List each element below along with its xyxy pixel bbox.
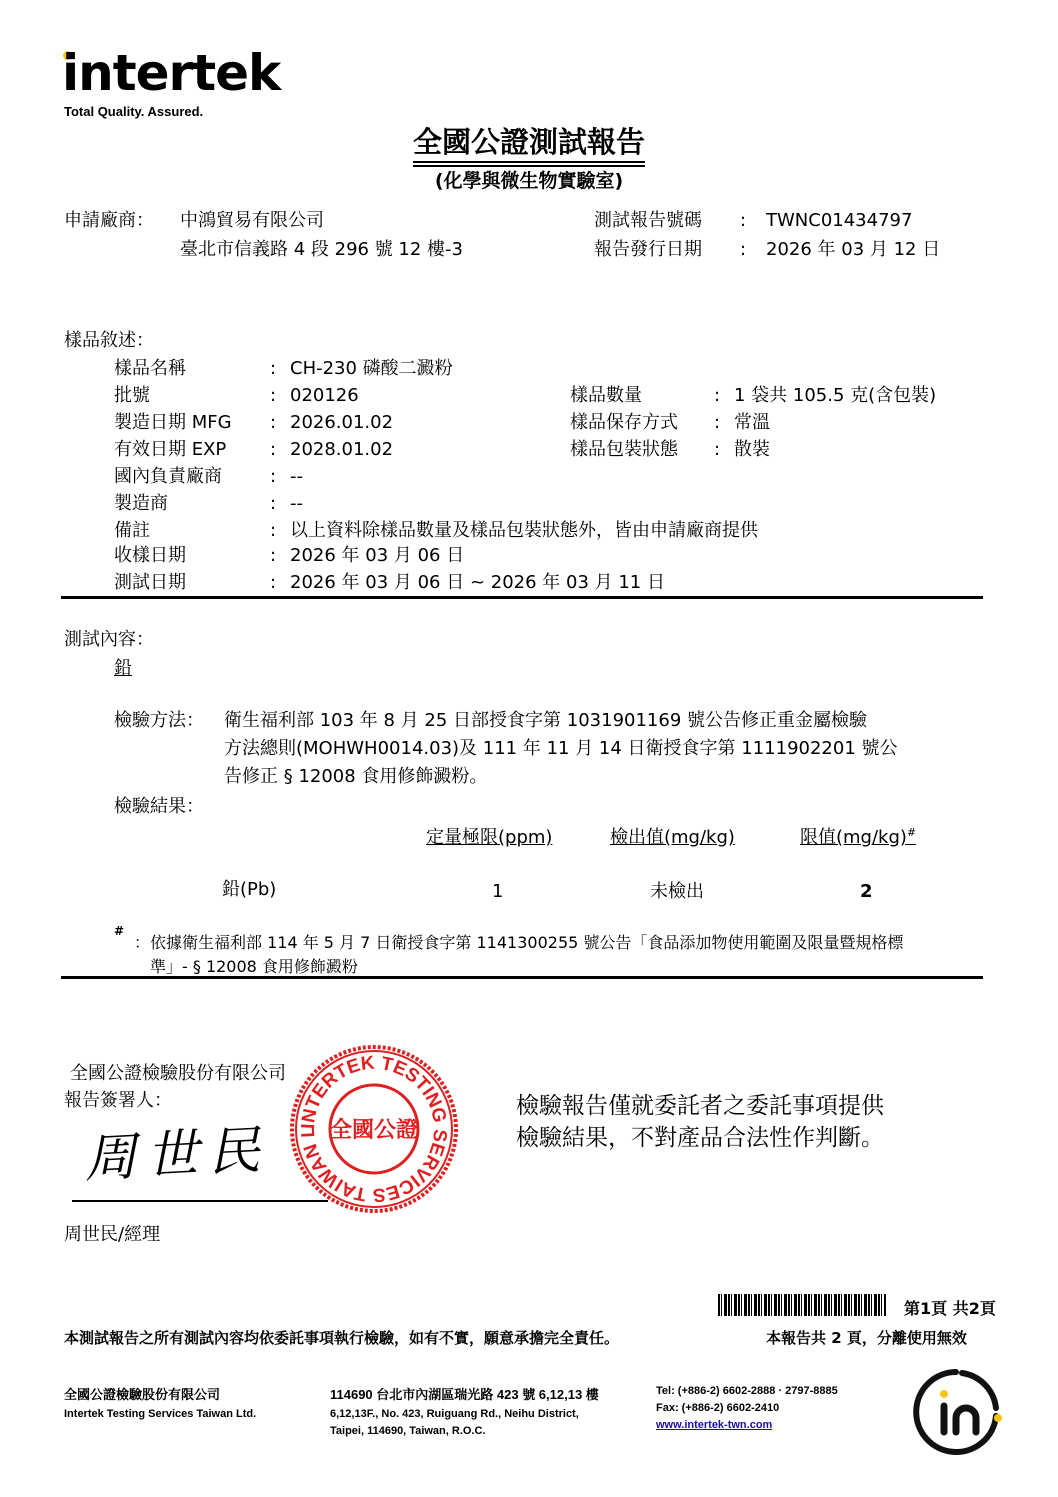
test-item: 鉛 (114, 656, 132, 682)
sample-label: 有效日期 EXP (114, 437, 226, 463)
colon: : (270, 491, 276, 517)
handwritten-signature: 周世民 (82, 1107, 272, 1192)
page-info: 第1頁 共2頁 (904, 1296, 996, 1322)
method-line: 方法總則(MOHWH0014.03)及 111 年 11 月 14 日衛授食字第… (224, 736, 898, 762)
signer-name: 周世民/經理 (64, 1222, 160, 1248)
footnote-line: ：依據衛生福利部 114 年 5 月 7 日衛授食字第 1141300255 號… (134, 930, 903, 956)
footer-tel: Tel: (+886-2) 6602-2888 · 2797-8885 (656, 1383, 838, 1400)
pages-note: 本報告共 2 頁，分離使用無效 (766, 1325, 967, 1351)
sample-label: 製造日期 MFG (114, 410, 232, 436)
sample-value: 散裝 (734, 437, 770, 463)
colon: : (714, 410, 720, 436)
colon: : (270, 356, 276, 382)
logo-tagline: Total Quality. Assured. (64, 104, 203, 119)
sample-value: CH-230 磷酸二澱粉 (290, 356, 453, 382)
report-title: 全國公證測試報告 (0, 120, 1058, 161)
sample-value: 以上資料除樣品數量及樣品包裝狀態外，皆由申請廠商提供 (290, 518, 758, 544)
divider (61, 596, 983, 599)
footer-fax: Fax: (+886-2) 6602-2410 (656, 1400, 779, 1417)
sample-value: 2026.01.02 (290, 410, 393, 436)
colon: : (740, 208, 746, 234)
colon: : (270, 410, 276, 436)
sample-value: 2028.01.02 (290, 437, 393, 463)
result-label: 檢驗結果： (114, 794, 204, 820)
footer-company-zh: 全國公證檢驗股份有限公司 (64, 1386, 220, 1403)
intertek-in-logo-icon (910, 1366, 1002, 1458)
table-header-loq: 定量極限(ppm) (426, 823, 552, 849)
intertek-logo: intertek (62, 48, 280, 98)
sample-label: 收樣日期 (114, 543, 186, 569)
footnote-mark: # (114, 924, 124, 938)
responsibility-statement: 本測試報告之所有測試內容均依委託事項執行檢驗，如有不實，願意承擔完全責任。 (64, 1325, 619, 1351)
sample-label: 國內負責廠商 (114, 464, 222, 490)
report-date-value: 2026 年 03 月 12 日 (766, 237, 940, 263)
colon: : (270, 543, 276, 569)
disclaimer: 檢驗報告僅就委託者之委託事項提供 檢驗結果，不對產品合法性作判斷。 (516, 1090, 884, 1154)
method-line: 衛生福利部 103 年 8 月 25 日部授食字第 1031901169 號公告… (224, 708, 867, 734)
report-number-label: 測試報告號碼 (594, 208, 702, 234)
colon: : (714, 383, 720, 409)
sample-label: 製造商 (114, 491, 168, 517)
divider (61, 976, 983, 979)
applicant-name: 中鴻貿易有限公司 (180, 208, 324, 234)
colon: : (270, 383, 276, 409)
sample-label: 樣品保存方式 (570, 410, 678, 436)
footer-company-en: Intertek Testing Services Taiwan Ltd. (64, 1406, 256, 1423)
table-cell-detected: 未檢出 (650, 879, 704, 905)
sample-value: 020126 (290, 383, 359, 409)
table-cell-loq: 1 (492, 879, 503, 905)
sample-value: 常溫 (734, 410, 770, 436)
method-line: 告修正 § 12008 食用修飾澱粉。 (224, 764, 487, 790)
footer-address-en: Taipei, 114690, Taiwan, R.O.C. (330, 1423, 486, 1440)
applicant-address: 臺北市信義路 4 段 296 號 12 樓-3 (180, 237, 463, 263)
sample-value: -- (290, 491, 303, 517)
footer-website-link[interactable]: www.intertek-twn.com (656, 1417, 772, 1434)
colon: : (740, 237, 746, 263)
colon: : (270, 570, 276, 596)
table-header-detected: 檢出值(mg/kg) (610, 823, 735, 849)
sample-label: 樣品數量 (570, 383, 642, 409)
sample-value: -- (290, 464, 303, 490)
report-date-label: 報告發行日期 (594, 237, 702, 263)
applicant-label: 申請廠商： (64, 208, 154, 234)
sample-label: 測試日期 (114, 570, 186, 596)
report-subtitle: (化學與微生物實驗室) (0, 166, 1058, 193)
sample-value: 2026 年 03 月 06 日 ~ 2026 年 03 月 11 日 (290, 570, 665, 596)
table-cell-limit: 2 (860, 879, 873, 905)
footer-address-zh: 114690 台北市內湖區瑞光路 423 號 6,12,13 樓 (330, 1386, 599, 1403)
colon: : (270, 464, 276, 490)
sample-value: 1 袋共 105.5 克(含包裝) (734, 383, 936, 409)
colon: : (270, 518, 276, 544)
sample-label: 樣品名稱 (114, 356, 186, 382)
company-seal-icon: INTERTEK TESTING SERVICES TAIWAN LTD. 全國… (288, 1043, 460, 1215)
report-number-value: TWNC01434797 (766, 208, 912, 234)
test-section-label: 測試內容： (64, 627, 154, 653)
sample-label: 樣品包裝狀態 (570, 437, 678, 463)
sample-section-label: 樣品敘述： (64, 328, 154, 354)
sample-value: 2026 年 03 月 06 日 (290, 543, 464, 569)
sample-label: 備註 (114, 518, 150, 544)
colon: : (270, 437, 276, 463)
table-cell-analyte: 鉛(Pb) (222, 877, 276, 903)
method-label: 檢驗方法： (114, 708, 204, 734)
signer-company: 全國公證檢驗股份有限公司 (70, 1061, 286, 1087)
sample-label: 批號 (114, 383, 150, 409)
table-header-limit: 限值(mg/kg)# (800, 823, 916, 849)
footer-address-en: 6,12,13F., No. 423, Ruiguang Rd., Neihu … (330, 1406, 579, 1423)
signer-label: 報告簽署人： (64, 1088, 172, 1114)
barcode-icon (718, 1294, 886, 1316)
colon: : (714, 437, 720, 463)
svg-text:全國公證: 全國公證 (330, 1117, 418, 1143)
